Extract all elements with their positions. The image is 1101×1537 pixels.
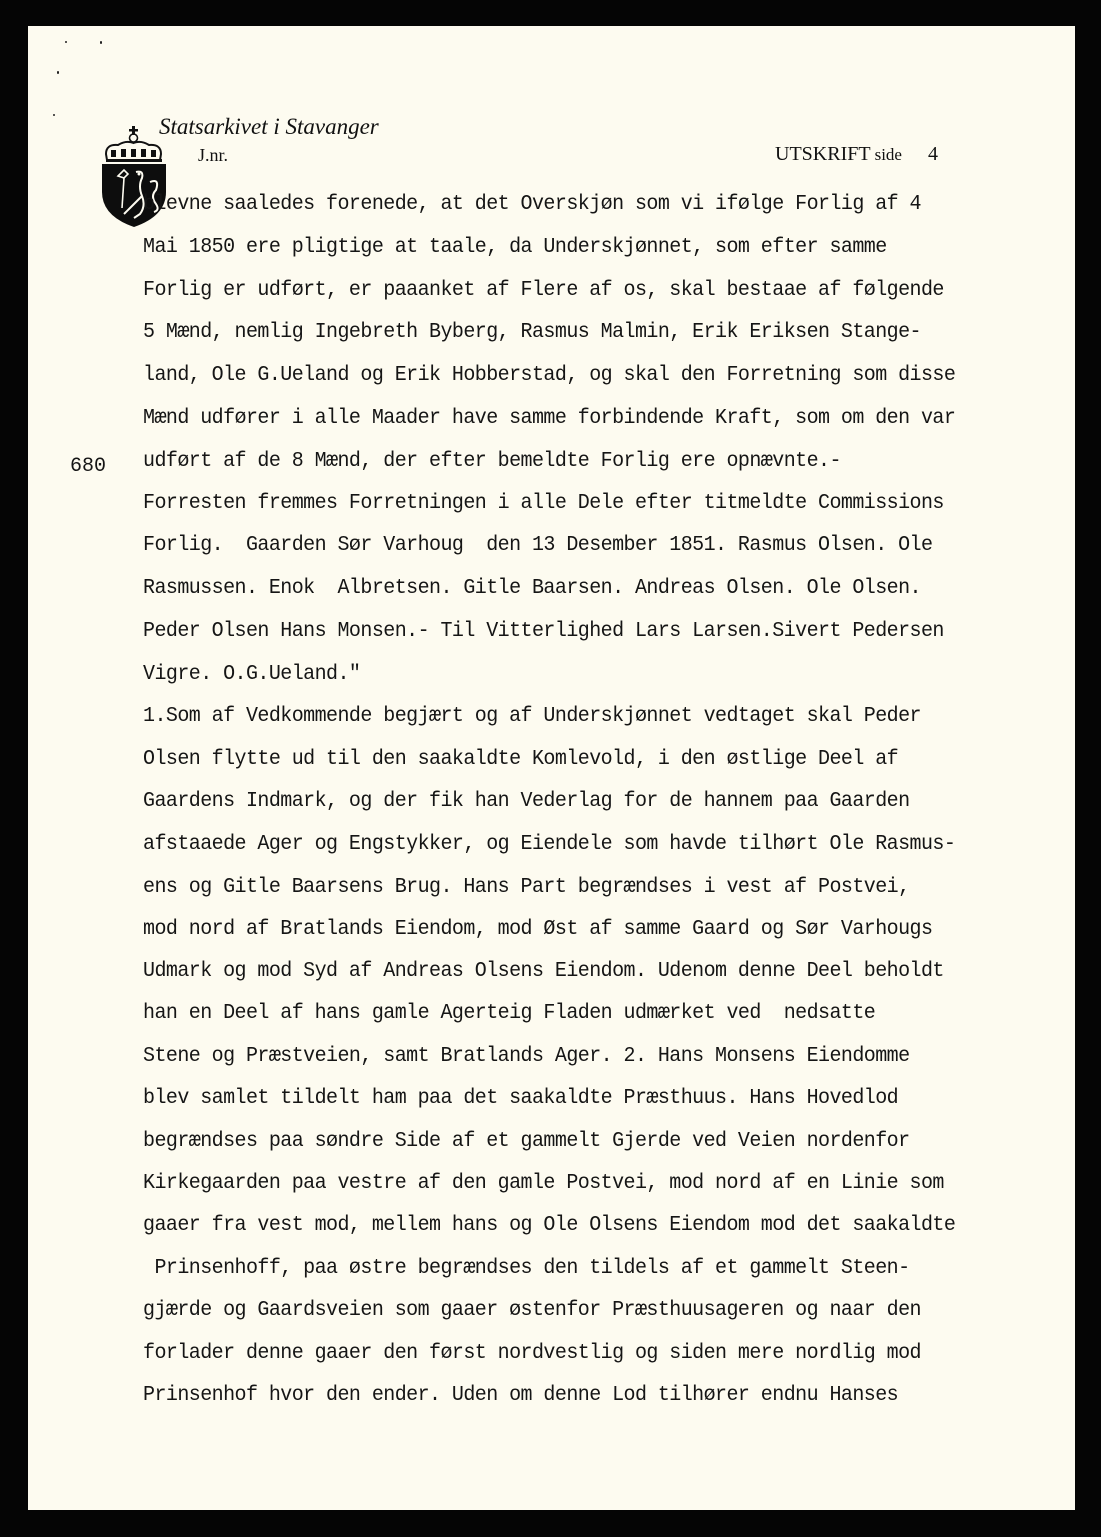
doc-type: UTSKRIFT: [775, 143, 871, 165]
text-line: 1.Som af Vedkommende begjært og af Under…: [143, 704, 921, 728]
text-line: forlader denne gaaer den først nordvestl…: [143, 1341, 921, 1365]
text-line: blev samlet tildelt ham paa det saakaldt…: [143, 1086, 898, 1110]
side-label: side: [875, 145, 902, 164]
text-line: ens og Gitle Baarsens Brug. Hans Part be…: [143, 875, 910, 899]
text-line: afstaaede Ager og Engstykker, og Eiendel…: [143, 832, 955, 856]
text-line: Rasmussen. Enok Albretsen. Gitle Baarsen…: [143, 576, 921, 600]
text-line: Vigre. O.G.Ueland.": [143, 662, 360, 686]
text-line: Prinsenhoff, paa østre begrændses den ti…: [143, 1256, 910, 1280]
text-line: Forresten fremmes Forretningen i alle De…: [143, 491, 944, 515]
text-line: 5 Mænd, nemlig Ingebreth Byberg, Rasmus …: [143, 320, 921, 344]
transcript-page-header: UTSKRIFTside4: [775, 143, 938, 166]
text-line: Olsen flytte ud til den saakaldte Komlev…: [143, 747, 898, 771]
margin-folio-number: 680: [70, 455, 106, 478]
text-line: begrændses paa søndre Side af et gammelt…: [143, 1129, 910, 1153]
text-line: Kirkegaarden paa vestre af den gamle Pos…: [143, 1171, 944, 1195]
text-line: Stene og Præstveien, samt Bratlands Ager…: [143, 1044, 910, 1068]
text-line: gaaer fra vest mod, mellem hans og Ole O…: [143, 1213, 955, 1237]
text-line: Prinsenhof hvor den ender. Uden om denne…: [143, 1383, 898, 1407]
text-line: Mai 1850 ere pligtige at taale, da Under…: [143, 235, 887, 259]
journal-number-label: J.nr.: [198, 145, 228, 166]
text-line: udført af de 8 Mænd, der efter bemeldte …: [143, 449, 841, 473]
text-line: Mænd udfører i alle Maader have samme fo…: [143, 406, 955, 430]
text-line: Peder Olsen Hans Monsen.- Til Vitterligh…: [143, 619, 944, 643]
text-line: han en Deel af hans gamle Agerteig Flade…: [143, 1001, 875, 1025]
scan-speck: [57, 71, 59, 74]
institution-name: Statsarkivet i Stavanger: [159, 114, 379, 140]
page-number: 4: [928, 143, 938, 165]
text-line: Gaardens Indmark, og der fik han Vederla…: [143, 789, 910, 813]
text-line: Udmark og mod Syd af Andreas Olsens Eien…: [143, 959, 944, 983]
text-line: gjærde og Gaardsveien som gaaer østenfor…: [143, 1298, 921, 1322]
text-line: Forlig. Gaarden Sør Varhoug den 13 Desem…: [143, 533, 932, 557]
text-line: blevne saaledes forenede, at det Overskj…: [143, 192, 921, 216]
text-line: Forlig er udført, er paaanket af Flere a…: [143, 278, 944, 302]
text-line: land, Ole G.Ueland og Erik Hobberstad, o…: [143, 363, 955, 387]
scan-speck: [53, 114, 55, 116]
text-line: mod nord af Bratlands Eiendom, mod Øst a…: [143, 917, 932, 941]
scan-speck: [100, 41, 102, 44]
scan-speck: [65, 41, 67, 43]
